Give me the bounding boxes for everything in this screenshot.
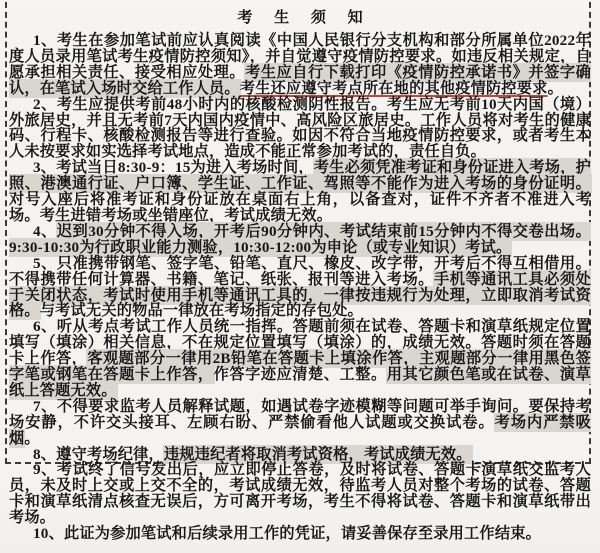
notice-paragraph: 5、只准携带钢笔、签字笔、铅笔、直尺、橡皮、改字带，开考后不得互相借用。不得携带… <box>9 256 591 320</box>
text-segment: 9、考试终了信号发出后，应立即停止答卷，及时将试卷、答题卡演草纸交监考人员，未及… <box>9 461 591 526</box>
scanned-notice-page: 考 生 须 知 1、考生在参加笔试前应认真阅读《中国人民银行分支机构和部分所属单… <box>0 0 600 553</box>
notice-paragraph: 10、此证为参加笔试和后续录用工作的凭证，请妥善保存至录用工作结束。 <box>9 526 591 542</box>
notice-paragraph: 1、考生在参加笔试前应认真阅读《中国人民银行分支机构和部分所属单位2022年度人… <box>9 33 591 97</box>
text-segment-highlight: 迟到30分钟不得入场，开考后90分钟内、考试结束前15分钟内不得交卷出场。9:3… <box>9 223 591 256</box>
text-segment: 2、考生应提供考前48小时内的核酸检测阴性报告。考生应无考前10天内国（境）外旅… <box>9 96 591 161</box>
text-segment: 与考试无关的物品一律放在考场指定的存包处。 <box>40 302 363 319</box>
notice-paragraph: 7、不得要求监考人员解释试题，如遇试卷字迹模糊等问题可举手询问。要保持考场安静，… <box>9 399 591 447</box>
text-segment: 对号入座后将准考证和身份证放在桌面右上角，以备查对，证件不齐者不准进入考场。考生… <box>9 191 591 224</box>
notice-paragraph: 6、听从考点考试工作人员统一指挥。答题前须在试卷、答题卡和演草纸规定位置填写（填… <box>9 319 591 399</box>
notice-paragraph: 9、考试终了信号发出后，应立即停止答卷，及时将试卷、答题卡演草纸交监考人员，未及… <box>9 462 591 526</box>
text-segment: 8、遵守考场纪律， <box>33 446 164 463</box>
text-segment: 4、 <box>33 223 57 240</box>
notice-paragraph: 2、考生应提供考前48小时内的核酸检测阴性报告。考生应无考前10天内国（境）外旅… <box>9 97 591 161</box>
text-segment-highlight: 违规违纪者将取消考试资格，考试成绩无效。 <box>164 446 472 463</box>
notice-paragraph: 3、考试当日8:30-9：15为进入考场时间，考生必须凭准考证和身份证进入考场，… <box>9 160 591 224</box>
text-segment-red-underline: 考生还应遵守考点所在地的其他疫情防控要求 <box>240 80 548 97</box>
page-title: 考 生 须 知 <box>9 6 591 27</box>
notice-body: 1、考生在参加笔试前应认真阅读《中国人民银行分支机构和部分所属单位2022年度人… <box>9 33 591 542</box>
text-segment: 。 <box>24 430 39 447</box>
text-segment: 10、此证为参加笔试和后续录用工作的凭证，请妥善保存至录用工作结束。 <box>33 525 541 542</box>
notice-content: 考 生 须 知 1、考生在参加笔试前应认真阅读《中国人民银行分支机构和部分所属单… <box>0 0 600 542</box>
text-segment: 。 <box>548 80 563 97</box>
text-segment: 3、考试当日8:30-9：15为进入考场时间， <box>33 159 314 176</box>
notice-paragraph: 4、迟到30分钟不得入场，开考后90分钟内、考试结束前15分钟内不得交卷出场。9… <box>9 224 591 256</box>
text-segment: 作答字迹应清楚、工整。 <box>214 366 387 383</box>
